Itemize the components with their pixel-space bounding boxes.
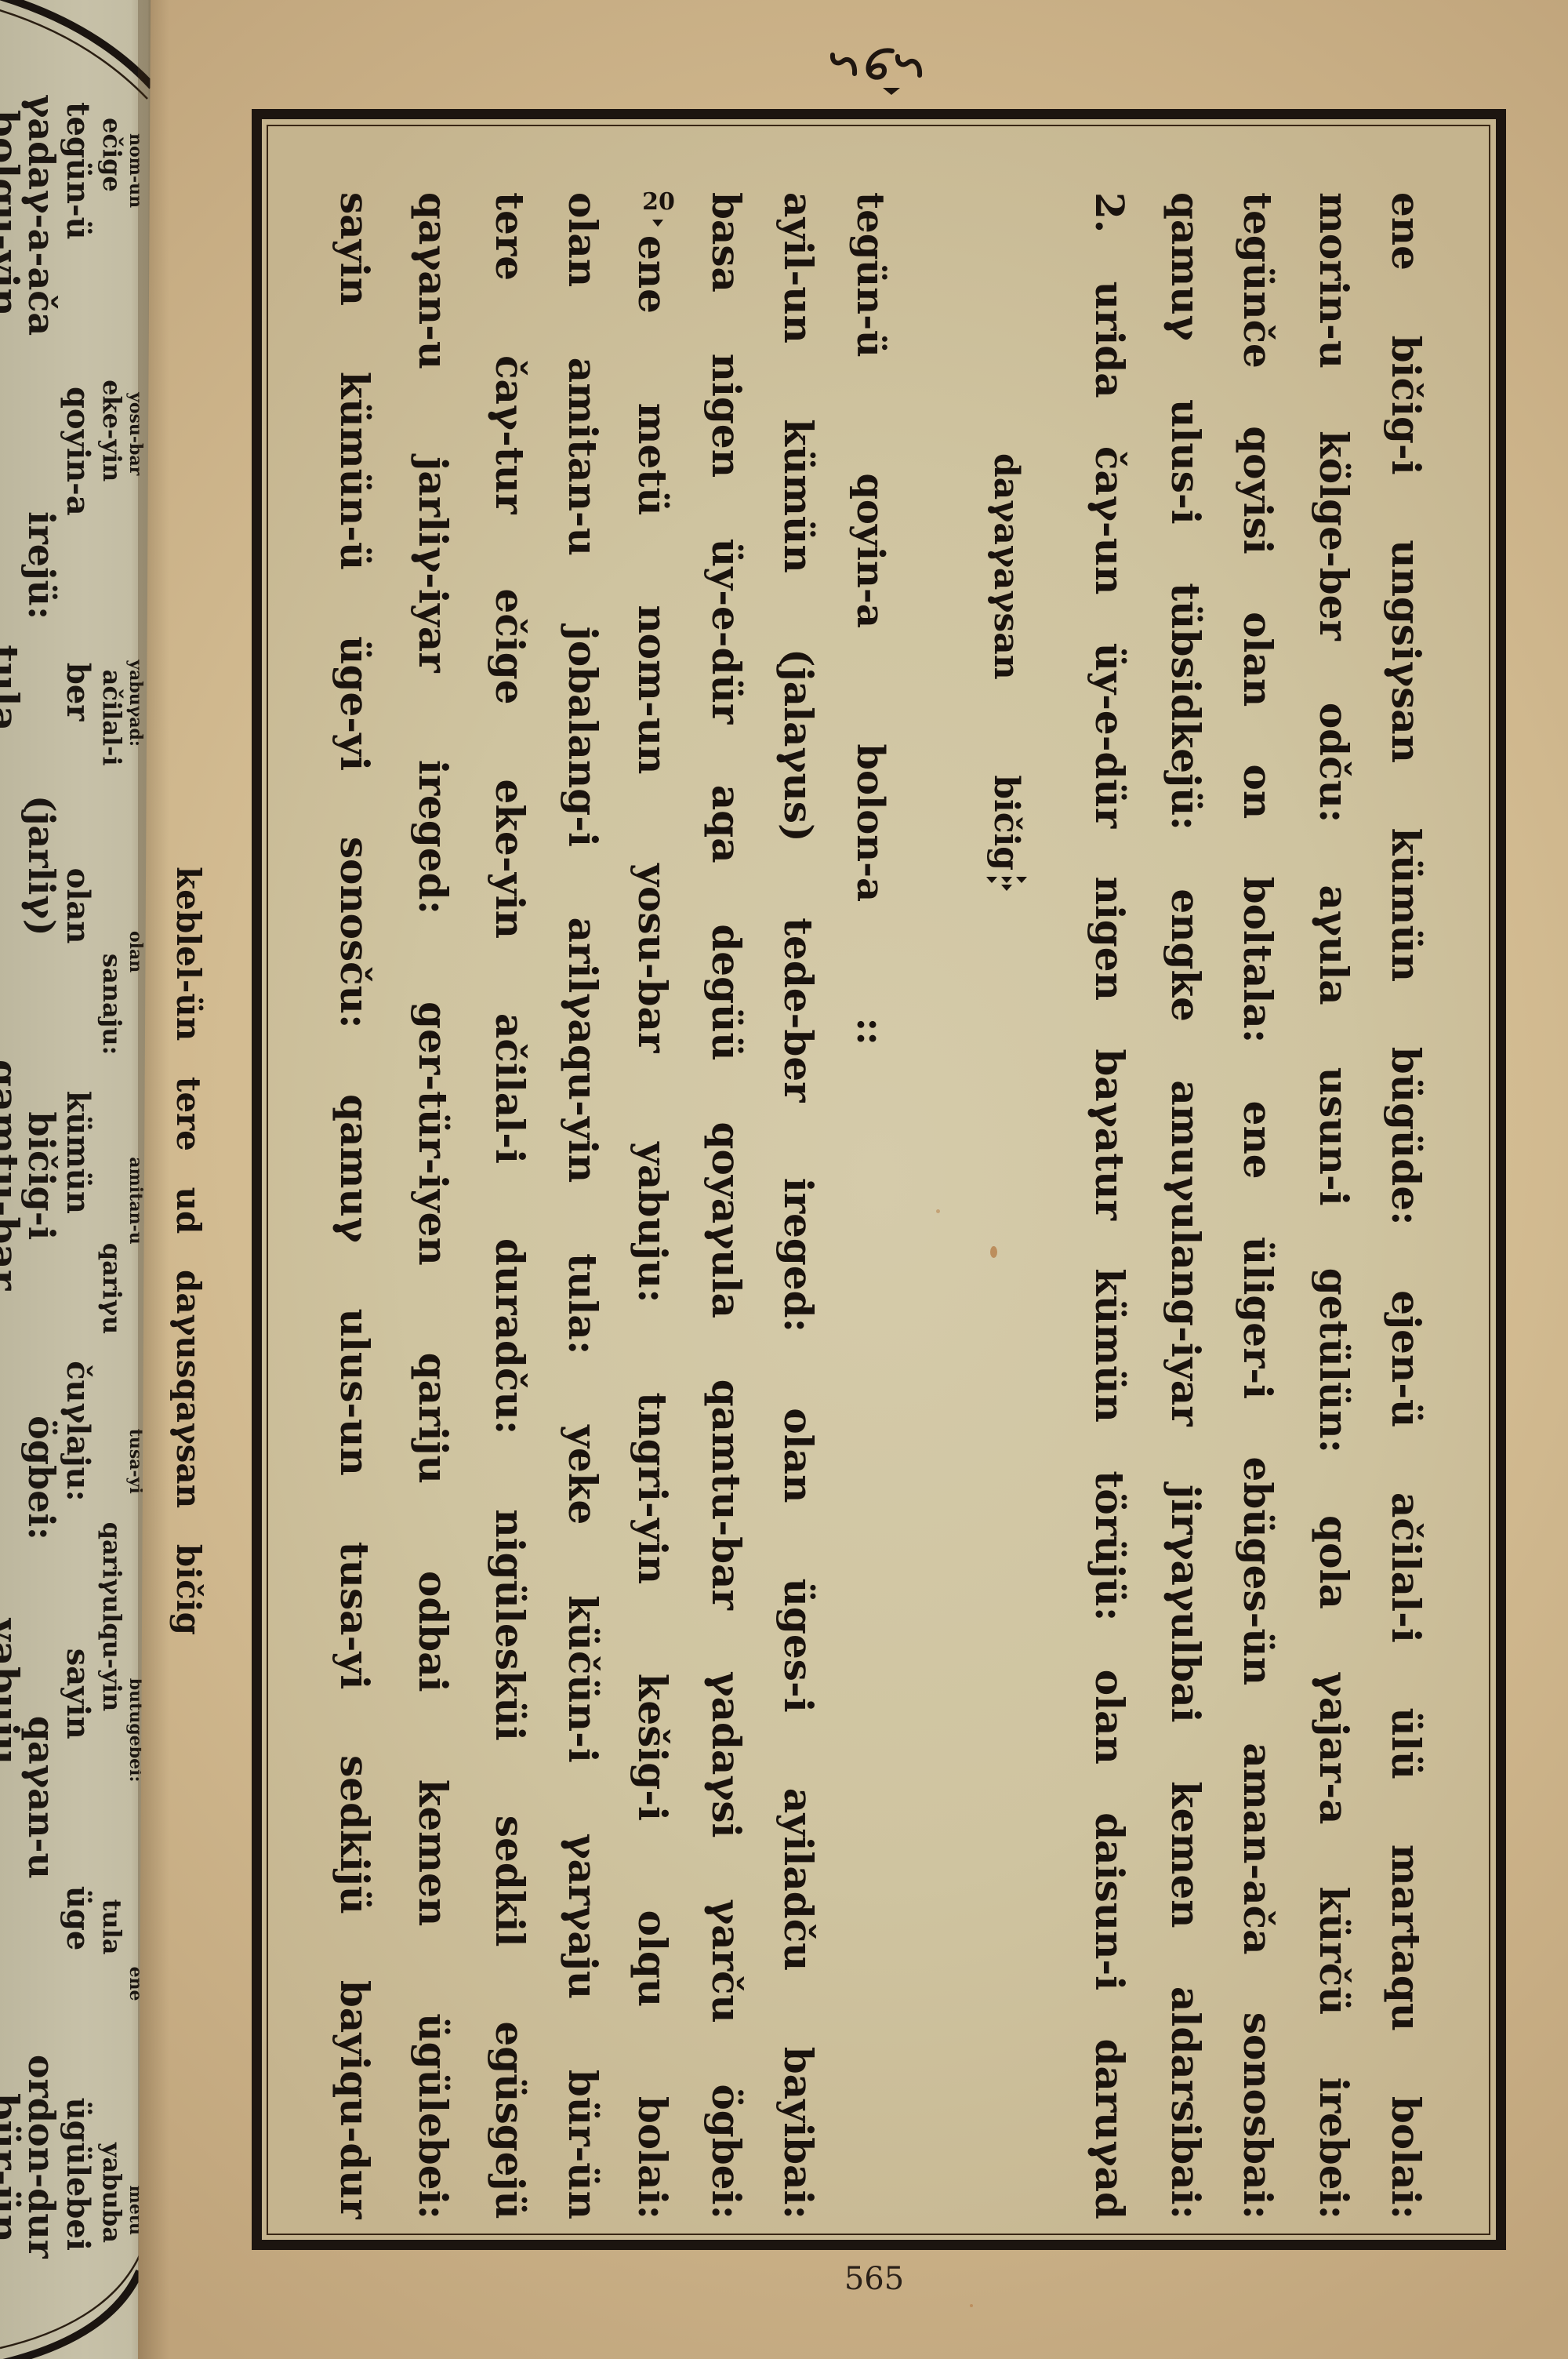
- text-column: basa nigen üy-e-dür aqa degüü qoyaγula q…: [698, 192, 754, 2219]
- paper-stain: [990, 1246, 997, 1258]
- text-column: ayil-un kümün (jalaγus) tede-ber ireged:…: [770, 192, 826, 2219]
- text-column: ene bičig-i ungsiγsan kümün bügüde: ejen…: [1377, 192, 1434, 2219]
- text-column: morin-u kölge-ber odču: aγula usun-i get…: [1305, 192, 1362, 2219]
- text-column-short: tegün-ü qoyin-a bolon-a ::: [842, 192, 898, 1045]
- facing-page-frame-curve: [0, 0, 154, 2359]
- page-number-top-mongolian: [823, 39, 933, 102]
- section-heading: daγaγaγsan bičig: [978, 453, 1034, 871]
- page-number-bottom: 565: [831, 2262, 917, 2296]
- paper-stain: [936, 1209, 940, 1213]
- section-end-ornament-icon: [985, 872, 1029, 896]
- text-column: qaγan-u jarliγ-iyar ireged: ger-tür-iyen…: [405, 192, 461, 2219]
- text-column: ene metü nom-un yosu-bar yabuju: tngri-y…: [624, 235, 681, 2219]
- text-column: 2. urida čaγ-un üy-e-dür nigen baγatur k…: [1081, 192, 1138, 2219]
- line-number-marker: 20: [637, 188, 681, 216]
- text-column: olan amitan-u jobalang-i arilγaqu-yin tu…: [554, 192, 611, 2219]
- running-head: keblel-ün tere ud daγusqaγsan bičig: [162, 867, 214, 1635]
- line-marker-caret-icon: [652, 220, 663, 227]
- facing-page: bolqu-yin tula qamtu-bar yabuju bür-ün γ…: [0, 0, 154, 2359]
- text-column: qamuγ ulus-i tübsidkejü: engke amuγulang…: [1157, 192, 1214, 2219]
- paper-stain: [970, 2304, 973, 2307]
- text-column: sayin kümün-ü üge-yi sonosču: qamuγ ulus…: [326, 192, 383, 2219]
- text-column: tere čaγ-tur ečige eke-yin ačilal-i dura…: [481, 192, 538, 2219]
- text-column: tegünče qoyisi olan on boltala: ene ülig…: [1229, 192, 1286, 2219]
